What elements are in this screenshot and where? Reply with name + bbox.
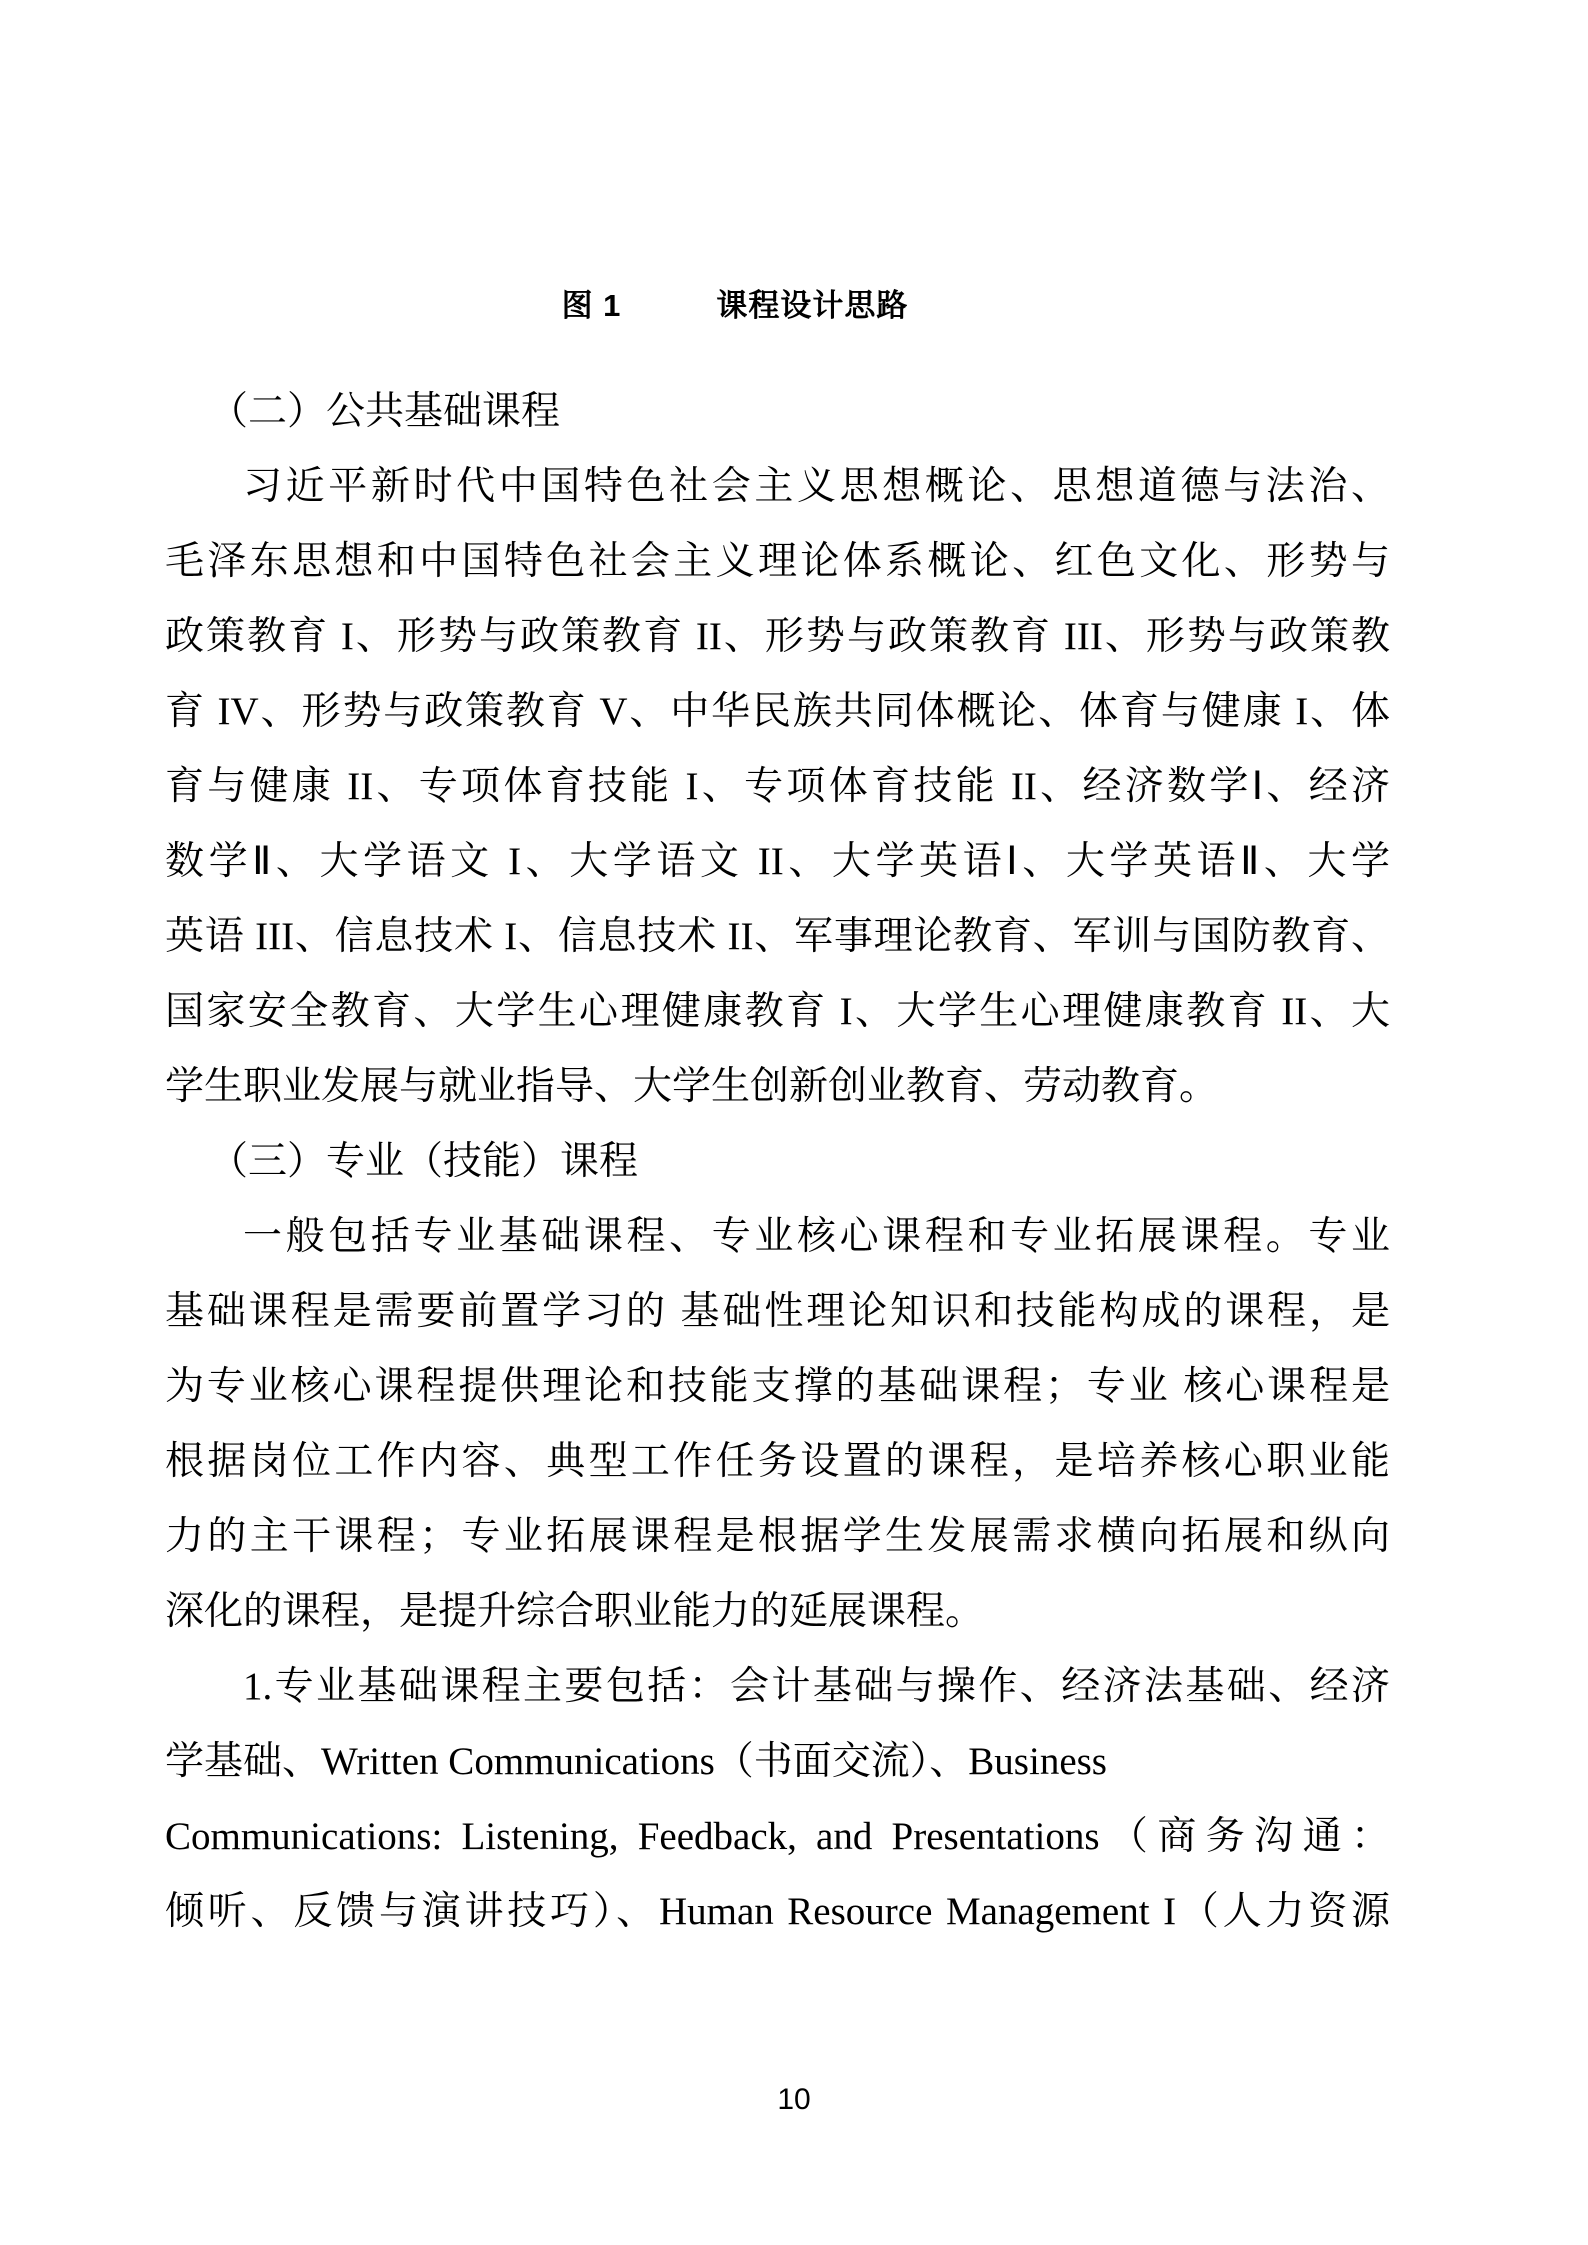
paragraph-line: 学生职业发展与就业指导、大学生创新创业教育、劳动教育。 <box>165 1049 1390 1124</box>
paragraph-line: 数学Ⅱ、大学语文 I、大学语文 II、大学英语Ⅰ、大学英语Ⅱ、大学 <box>165 824 1390 899</box>
figure-caption-title: 课程设计思路 <box>716 288 908 323</box>
paragraph-line: 国家安全教育、大学生心理健康教育 I、大学生心理健康教育 II、大 <box>165 974 1390 1049</box>
paragraph-line: 为专业核心课程提供理论和技能支撑的基础课程；专业 核心课程是 <box>165 1349 1390 1424</box>
paragraph-line: 1.专业基础课程主要包括：会计基础与操作、经济法基础、经济 <box>165 1649 1390 1724</box>
paragraph-line: 育 IV、形势与政策教育 V、中华民族共同体概论、体育与健康 I、体 <box>165 674 1390 749</box>
paragraph-line: Communications: Listening, Feedback, and… <box>165 1799 1390 1874</box>
figure-caption: 图 1课程设计思路 <box>0 283 1529 328</box>
paragraph-line: 英语 III、信息技术 I、信息技术 II、军事理论教育、军训与国防教育、 <box>165 899 1390 974</box>
paragraph-line: 学基础、Written Communications（书面交流）、Busines… <box>165 1724 1390 1799</box>
paragraph-line: 倾听、反馈与演讲技巧）、Human Resource Management I（… <box>165 1874 1390 1949</box>
paragraph-line: 育与健康 II、专项体育技能 I、专项体育技能 II、经济数学Ⅰ、经济 <box>165 749 1390 824</box>
section-heading-major-skill-courses: （三）专业（技能）课程 <box>165 1124 1390 1199</box>
paragraph-line: 一般包括专业基础课程、专业核心课程和专业拓展课程。专业 <box>165 1199 1390 1274</box>
document-body: （二）公共基础课程 习近平新时代中国特色社会主义思想概论、思想道德与法治、 毛泽… <box>165 374 1390 1949</box>
document-page: 图 1课程设计思路 （二）公共基础课程 习近平新时代中国特色社会主义思想概论、思… <box>0 0 1588 2245</box>
page-number: 10 <box>0 2080 1588 2120</box>
paragraph-line: 基础课程是需要前置学习的 基础性理论知识和技能构成的课程，是 <box>165 1274 1390 1349</box>
paragraph-line: 习近平新时代中国特色社会主义思想概论、思想道德与法治、 <box>165 449 1390 524</box>
figure-caption-label: 图 1 <box>562 288 622 323</box>
paragraph-line: 毛泽东思想和中国特色社会主义理论体系概论、红色文化、形势与 <box>165 524 1390 599</box>
section-heading-public-basic-courses: （二）公共基础课程 <box>165 374 1390 449</box>
paragraph-line: 政策教育 I、形势与政策教育 II、形势与政策教育 III、形势与政策教 <box>165 599 1390 674</box>
paragraph-line: 根据岗位工作内容、典型工作任务设置的课程，是培养核心职业能 <box>165 1424 1390 1499</box>
paragraph-line: 力的主干课程；专业拓展课程是根据学生发展需求横向拓展和纵向 <box>165 1499 1390 1574</box>
paragraph-line: 深化的课程，是提升综合职业能力的延展课程。 <box>165 1574 1390 1649</box>
